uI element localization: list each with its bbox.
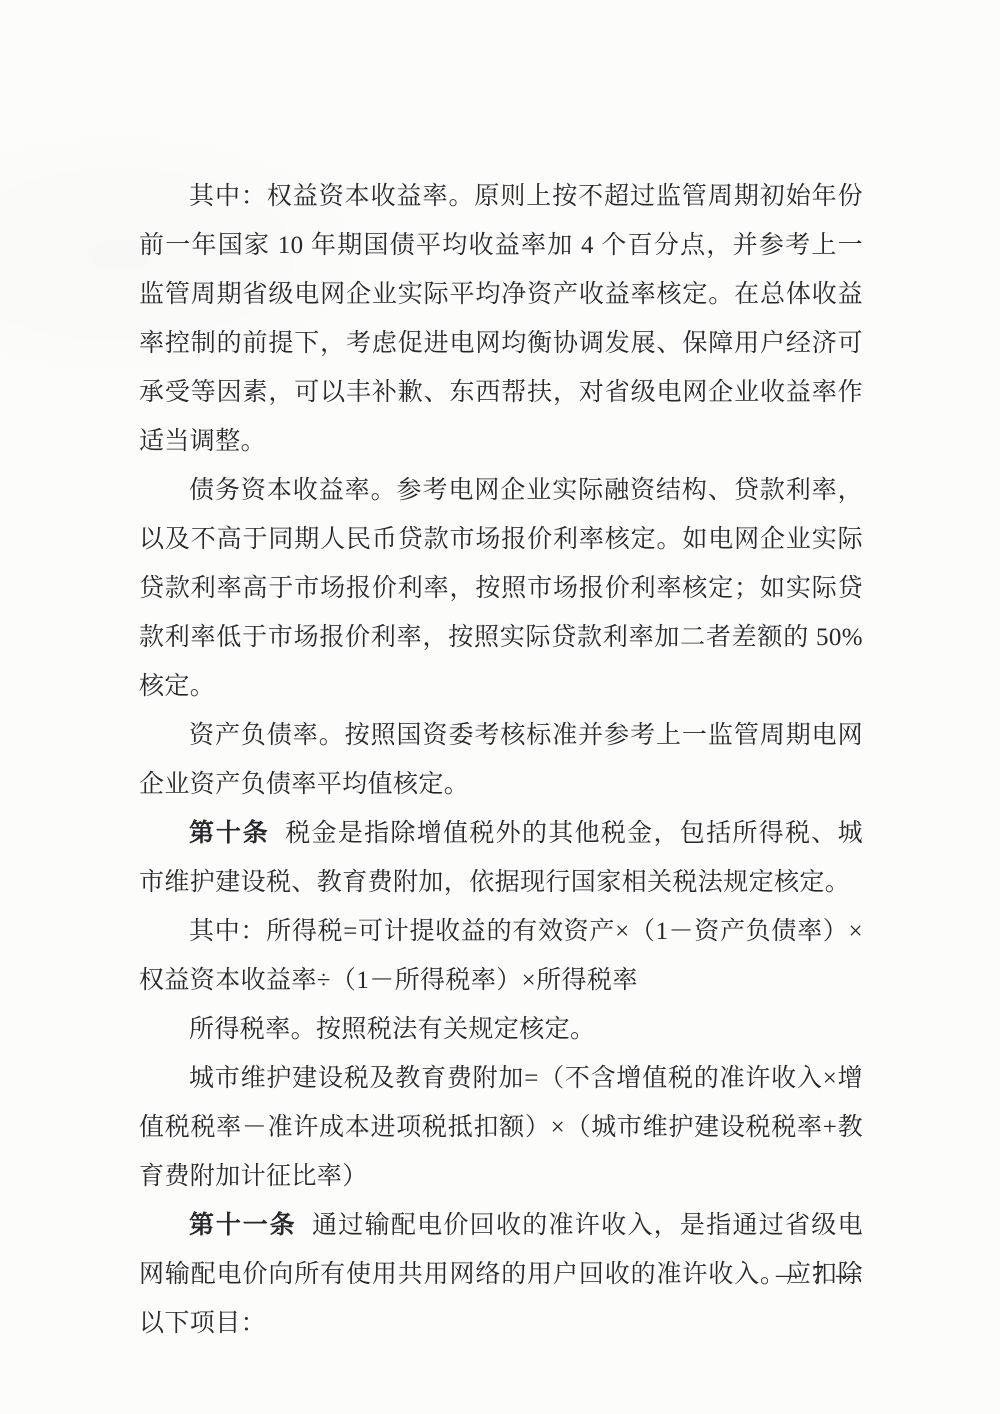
paragraph-text: 城市维护建设税及教育费附加=（不含增值税的准许收入×增值税税率－准许成本进项税抵… xyxy=(139,1065,863,1190)
paragraph-text: 其中：权益资本收益率。原则上按不超过监管周期初始年份前一年国家 10 年期国债平… xyxy=(139,183,863,455)
paragraph-city-tax-formula: 城市维护建设税及教育费附加=（不含增值税的准许收入×增值税税率－准许成本进项税抵… xyxy=(139,1054,863,1201)
paragraph-equity-return: 其中：权益资本收益率。原则上按不超过监管周期初始年份前一年国家 10 年期国债平… xyxy=(139,172,863,466)
paragraph-text: 资产负债率。按照国资委考核标准并参考上一监管周期电网企业资产负债率平均值核定。 xyxy=(139,722,863,798)
paragraph-article-11: 第十一条通过输配电价回收的准许收入，是指通过省级电网输配电价向所有使用共用网络的… xyxy=(139,1201,863,1348)
paragraph-income-tax-rate: 所得税率。按照税法有关规定核定。 xyxy=(139,1005,863,1054)
document-body: 其中：权益资本收益率。原则上按不超过监管周期初始年份前一年国家 10 年期国债平… xyxy=(139,172,863,1348)
paragraph-text: 债务资本收益率。参考电网企业实际融资结构、贷款利率，以及不高于同期人民币贷款市场… xyxy=(139,477,863,700)
paragraph-income-tax-formula: 其中：所得税=可计提收益的有效资产×（1－资产负债率）×权益资本收益率÷（1－所… xyxy=(139,907,863,1005)
page-number: — 7 — xyxy=(776,1260,863,1290)
paragraph-debt-return: 债务资本收益率。参考电网企业实际融资结构、贷款利率，以及不高于同期人民币贷款市场… xyxy=(139,466,863,711)
article-10-heading: 第十条 xyxy=(189,819,270,847)
article-11-heading: 第十一条 xyxy=(189,1211,297,1239)
paragraph-text: 所得税率。按照税法有关规定核定。 xyxy=(189,1016,595,1043)
paragraph-asset-liability-ratio: 资产负债率。按照国资委考核标准并参考上一监管周期电网企业资产负债率平均值核定。 xyxy=(139,711,863,809)
paragraph-text: 其中：所得税=可计提收益的有效资产×（1－资产负债率）×权益资本收益率÷（1－所… xyxy=(139,918,863,994)
paragraph-article-10: 第十条税金是指除增值税外的其他税金，包括所得税、城市维护建设税、教育费附加，依据… xyxy=(139,809,863,907)
document-page: 其中：权益资本收益率。原则上按不超过监管周期初始年份前一年国家 10 年期国债平… xyxy=(0,0,1000,1414)
